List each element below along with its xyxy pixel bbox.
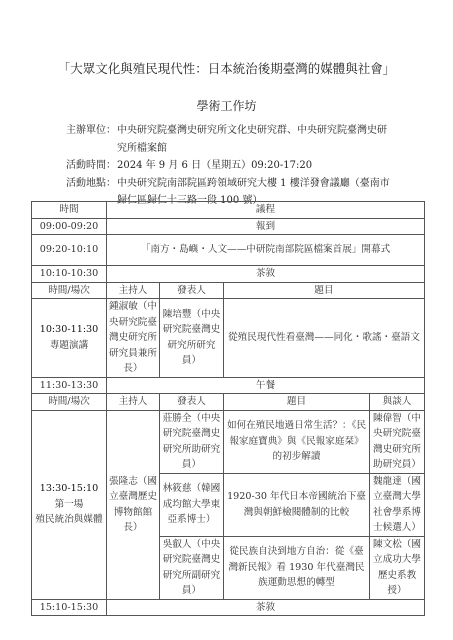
table-row: 09:00-09:20 報到 [32, 218, 425, 235]
organizer-label: 主辦單位： [66, 122, 117, 157]
paper-presenter: 吳叡人（中央研究院臺灣史研究所副研究員） [160, 536, 224, 599]
keynote-row: 10:30-11:30 專題演講 鍾淑敏（中央研究院臺灣史研究所研究員兼所長） … [32, 299, 425, 378]
session-time: 13:30-15:10 [34, 481, 104, 497]
time-value: 2024 年 9 月 6 日（星期五）09:20-17:20 [117, 157, 396, 175]
row-time: 15:10-15:30 [32, 599, 107, 616]
paper-presenter: 莊勝全（中央研究院臺灣史研究所助研究員） [160, 410, 224, 473]
paper-topic: 從民族自決到地方自治：從《臺灣新民報》看 1930 年代臺灣民族運動思想的轉型 [224, 536, 370, 599]
time-label: 活動時間： [66, 157, 117, 175]
paper-topic: 1920-30 年代日本帝國統治下臺灣與朝鮮檢閱體制的比較 [224, 473, 370, 536]
header-presenter: 發表人 [160, 394, 224, 411]
keynote-session: 專題演講 [34, 338, 104, 354]
row-time: 10:10-10:30 [32, 266, 107, 283]
row-program: 茶敘 [107, 599, 425, 616]
paper-discussant: 魏龍達（國立臺灣大學社會學系博士候選人） [370, 473, 425, 536]
table-row: 15:10-15:30 茶敘 [32, 599, 425, 616]
session-number: 第一場 [34, 497, 104, 513]
keynote-presenter: 陳培豐（中央研究院臺灣史研究所研究員） [160, 299, 224, 378]
session-time-cell: 13:30-15:10 第一場 殖民統治與媒體 [32, 410, 107, 599]
row-time: 09:00-09:20 [32, 218, 107, 235]
row-program: 茶敘 [107, 266, 425, 283]
header-time-session: 時間/場次 [32, 394, 107, 411]
row-time: 09:20-10:10 [32, 235, 107, 266]
session-theme: 殖民統治與媒體 [34, 512, 104, 528]
header-discussant: 與談人 [370, 394, 425, 411]
header-time-session: 時間/場次 [32, 282, 107, 299]
header-host: 主持人 [107, 394, 160, 411]
paper-discussant: 陳偉智（中央研究院臺灣史研究所助研究員） [370, 410, 425, 473]
organizer-row: 主辦單位： 中央研究院臺灣史研究所文化史研究群、中央研究院臺灣史研究所檔案館 [66, 122, 396, 157]
keynote-header-row: 時間/場次 主持人 發表人 題目 [32, 282, 425, 299]
row-program: 「南方・島嶼・人文——中研院南部院區檔案首展」開幕式 [107, 235, 425, 266]
document-subtitle: 學術工作坊 [0, 98, 453, 114]
table-header-row: 時間 議程 [32, 202, 425, 219]
session-host: 張隆志（國立臺灣歷史博物館館長） [107, 410, 160, 599]
keynote-host: 鍾淑敏（中央研究院臺灣史研究所研究員兼所長） [107, 299, 160, 378]
keynote-time: 10:30-11:30 [34, 322, 104, 338]
table-row: 11:30-13:30 午餐 [32, 377, 425, 394]
table-row: 10:10-10:30 茶敘 [32, 266, 425, 283]
row-program: 午餐 [107, 377, 425, 394]
header-host: 主持人 [107, 282, 160, 299]
paper-discussant: 陳文松（國立成功大學歷史系教授） [370, 536, 425, 599]
schedule-table: 時間 議程 09:00-09:20 報到 09:20-10:10 「南方・島嶼・… [31, 201, 425, 616]
document-title: 「大眾文化與殖民現代性：日本統治後期臺灣的媒體與社會」 [0, 61, 453, 77]
keynote-topic: 從殖民現代性看臺灣——同化・歌謠・臺語文 [224, 299, 425, 378]
paper-topic: 如何在殖民地過日常生活？：《民報家庭寶典》與《民報家庭栞》的初步解讀 [224, 410, 370, 473]
row-time: 11:30-13:30 [32, 377, 107, 394]
paper-presenter: 林筱慈（韓國成均館大學東亞系博士） [160, 473, 224, 536]
row-program: 報到 [107, 218, 425, 235]
event-info: 主辦單位： 中央研究院臺灣史研究所文化史研究群、中央研究院臺灣史研究所檔案館 活… [66, 122, 396, 210]
table-row: 09:20-10:10 「南方・島嶼・人文——中研院南部院區檔案首展」開幕式 [32, 235, 425, 266]
header-presenter: 發表人 [160, 282, 224, 299]
keynote-time-cell: 10:30-11:30 專題演講 [32, 299, 107, 378]
header-topic: 題目 [224, 282, 425, 299]
header-program: 議程 [107, 202, 425, 219]
session-header-row: 時間/場次 主持人 發表人 題目 與談人 [32, 394, 425, 411]
header-topic: 題目 [224, 394, 370, 411]
session-paper-row: 13:30-15:10 第一場 殖民統治與媒體 張隆志（國立臺灣歷史博物館館長）… [32, 410, 425, 473]
organizer-value: 中央研究院臺灣史研究所文化史研究群、中央研究院臺灣史研究所檔案館 [117, 122, 396, 157]
header-time: 時間 [32, 202, 107, 219]
time-row: 活動時間： 2024 年 9 月 6 日（星期五）09:20-17:20 [66, 157, 396, 175]
